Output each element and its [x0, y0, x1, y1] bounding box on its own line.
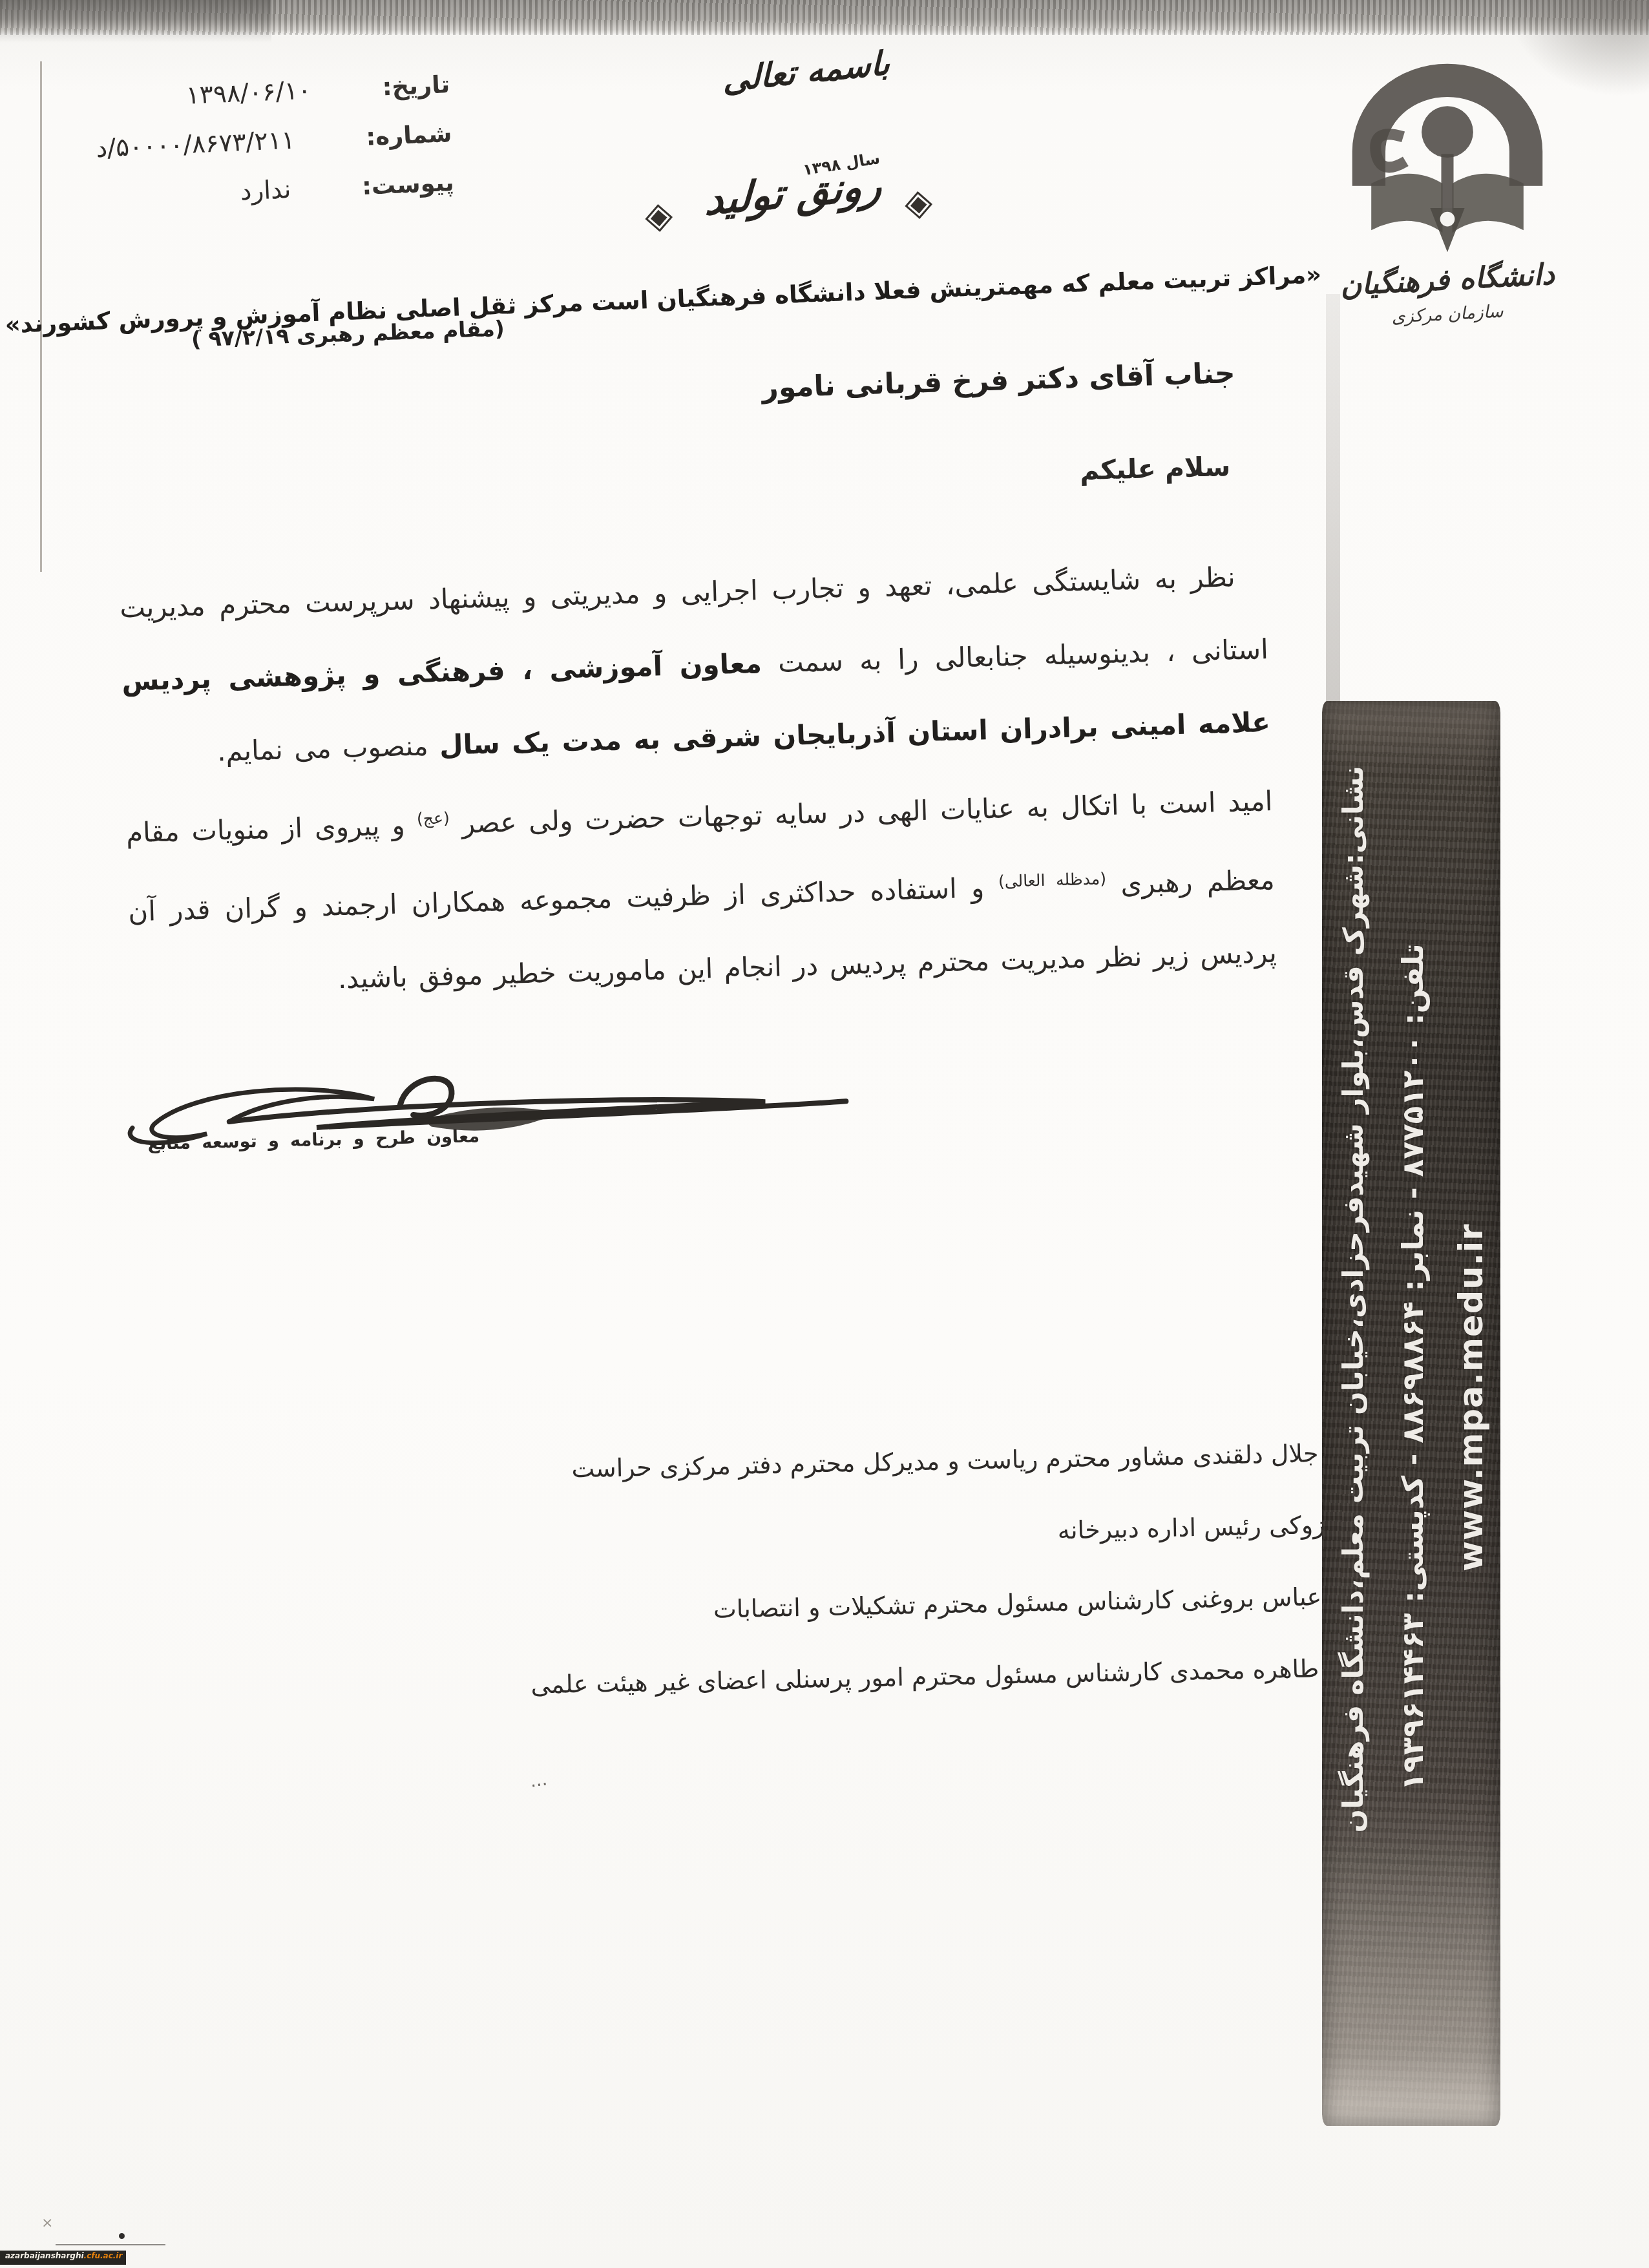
slogan-ornament-right-icon: ◈: [903, 181, 934, 225]
attachment-value: ندارد: [240, 175, 291, 206]
scan-noise-top-left: [0, 0, 271, 43]
header-date-row: تاریخ: ۱۳۹۸/۰۶/۱۰: [62, 70, 450, 116]
site-watermark: azarbaijansharghi.cfu.ac.ir: [0, 2251, 126, 2265]
date-value: ۱۳۹۸/۰۶/۱۰: [185, 76, 312, 110]
logo-org-sub: سازمان مرکزی: [1311, 297, 1583, 331]
header-attachment-row: پیوست: ندارد: [66, 168, 454, 214]
p2-sup-aj: (عج): [417, 808, 450, 828]
addressee-line: جناب آقای دکتر فرخ قربانی نامور: [762, 357, 1236, 404]
attachment-label: پیوست:: [361, 169, 454, 200]
p2-text-c: و استفاده حداکثری از ظرفیت مجموعه همکارا…: [128, 872, 1277, 995]
cc-list: ای جلال دلقندی مشاور محترم ریاست و مدیرک…: [526, 1417, 1358, 1721]
paragraph-1: نظر به شایستگی علمی، تعهد و تجارب اجرایی…: [119, 540, 1272, 790]
date-label: تاریخ:: [382, 70, 450, 101]
header-number-row: شماره: ۵۰۰۰۰/۸۶۷۳/۲۱۱/د: [64, 119, 452, 165]
ink-dots-artifact: ...: [529, 1768, 549, 1791]
logo-org-name: دانشگاه فرهنگیان: [1311, 255, 1584, 304]
header-fields: تاریخ: ۱۳۹۸/۰۶/۱۰ شماره: ۵۰۰۰۰/۸۶۷۳/۲۱۱/…: [62, 70, 456, 234]
p2-text-a: امید است با اتکال به عنایات الهی در سایه…: [449, 785, 1273, 840]
salutation-line: سلام علیکم: [1079, 451, 1230, 486]
scanned-letter-page: تاریخ: ۱۳۹۸/۰۶/۱۰ شماره: ۵۰۰۰۰/۸۶۷۳/۲۱۱/…: [0, 0, 1649, 2268]
number-value: ۵۰۰۰۰/۸۶۷۳/۲۱۱/د: [96, 126, 296, 163]
ink-blot-artifact: [119, 2233, 125, 2239]
letter-body: نظر به شایستگی علمی، تعهد و تجارب اجرایی…: [119, 540, 1278, 1021]
paragraph-2: امید است با اتکال به عنایات الهی در سایه…: [125, 759, 1277, 1021]
watermark-site: azarbaijansharghi: [5, 2251, 84, 2260]
watermark-suffix: .cfu.ac.ir: [84, 2251, 123, 2260]
besmele-calligraphy: باسمه تعالی: [684, 40, 929, 104]
university-logo-icon: [1325, 58, 1570, 258]
signature-block: معاون طرح و برنامه و توسعه منابع: [96, 1047, 874, 1201]
slogan-ornament-left-icon: ◈: [644, 194, 675, 238]
signature-scribble: [96, 1047, 874, 1194]
p1-text-b: منصوب می نمایم.: [216, 730, 439, 768]
p2-sup-modzela: (مدظله العالی): [998, 869, 1107, 891]
sidebar-phone-fax-postal: تلفن: ۸۷۷۵۱۲۰۰ - نمابر: ۸۸۶۹۸۸۶۴ - کدپست…: [1396, 943, 1450, 1932]
scan-streak: [1326, 294, 1340, 708]
number-label: شماره:: [365, 120, 452, 151]
scan-line-artifact: [56, 2244, 165, 2245]
university-logo-block: دانشگاه فرهنگیان سازمان مرکزی: [1312, 58, 1583, 324]
pencil-mark-artifact: ×: [41, 2215, 53, 2231]
slogan-text: رونق تولید: [683, 160, 905, 226]
sidebar-website: www.mpa.medu.ir: [1453, 1223, 1504, 1571]
sidebar-address: نشانی:شهرک قدس،بلوار شهیدفرحزادی،خیابان …: [1338, 766, 1392, 1696]
